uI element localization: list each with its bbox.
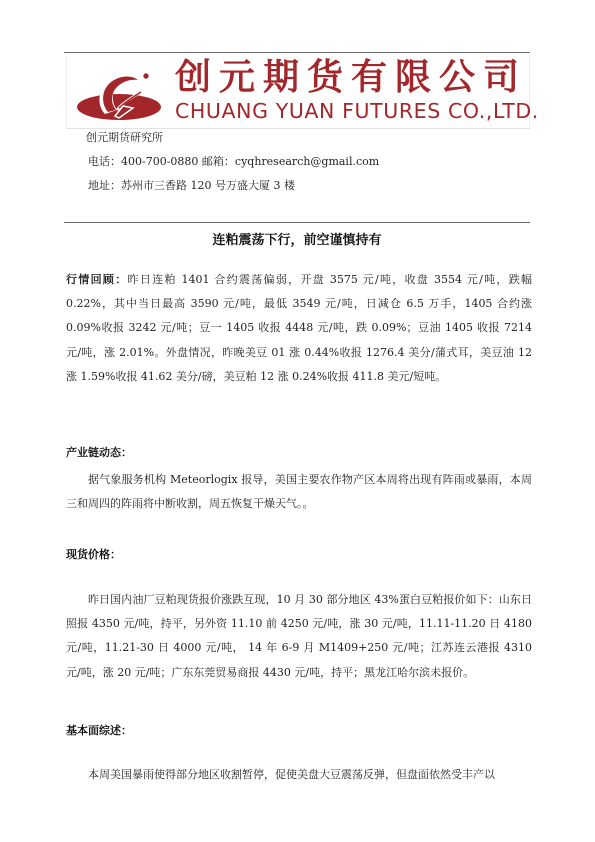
contact-phone-email: 电话：400-700-0880 邮箱：cyqhresearch@gmail.co…: [88, 155, 379, 169]
market-review-body: 昨日连粕 1401 合约震荡偏弱，开盘 3575 元/吨，收盘 3554 元/吨…: [66, 273, 532, 383]
spot-price-body: 昨日国内油厂豆粕现货报价涨跌互现，10 月 30 部分地区 43%蛋白豆粕报价如…: [66, 588, 532, 685]
industry-chain-body: 据气象服务机构 Meteorlogix 报导，美国主要农作物产区本周将出现有阵雨…: [66, 468, 532, 516]
fundamentals-heading: 基本面综述：: [66, 724, 132, 738]
document-page: 创元期货有限公司 CHUANG YUAN FUTURES CO.,LTD. 创元…: [0, 0, 595, 842]
contact-address: 地址：苏州市三香路 120 号万盛大厦 3 楼: [88, 179, 295, 193]
industry-chain-heading: 产业链动态：: [66, 446, 132, 460]
market-review-heading: 行情回顾：: [66, 273, 128, 286]
title-divider: [64, 222, 530, 223]
fundamentals-body: 本周美国暴雨使得部分地区收割暂停，促使美盘大豆震荡反弹，但盘面依然受丰产以: [66, 763, 532, 787]
company-name-en: CHUANG YUAN FUTURES CO.,LTD.: [175, 98, 539, 124]
company-name-cn: 创元期货有限公司: [175, 56, 527, 100]
chuangyuan-emblem-icon: [75, 62, 171, 124]
report-title: 连粕震荡下行，前空谨慎持有: [64, 232, 530, 250]
company-logo-banner: 创元期货有限公司 CHUANG YUAN FUTURES CO.,LTD.: [66, 54, 530, 129]
research-institute-name: 创元期货研究所: [86, 131, 163, 145]
market-review-paragraph: 行情回顾：昨日连粕 1401 合约震荡偏弱，开盘 3575 元/吨，收盘 355…: [66, 268, 532, 389]
header-top-rule: [64, 52, 530, 53]
spot-price-heading: 现货价格：: [66, 548, 121, 562]
